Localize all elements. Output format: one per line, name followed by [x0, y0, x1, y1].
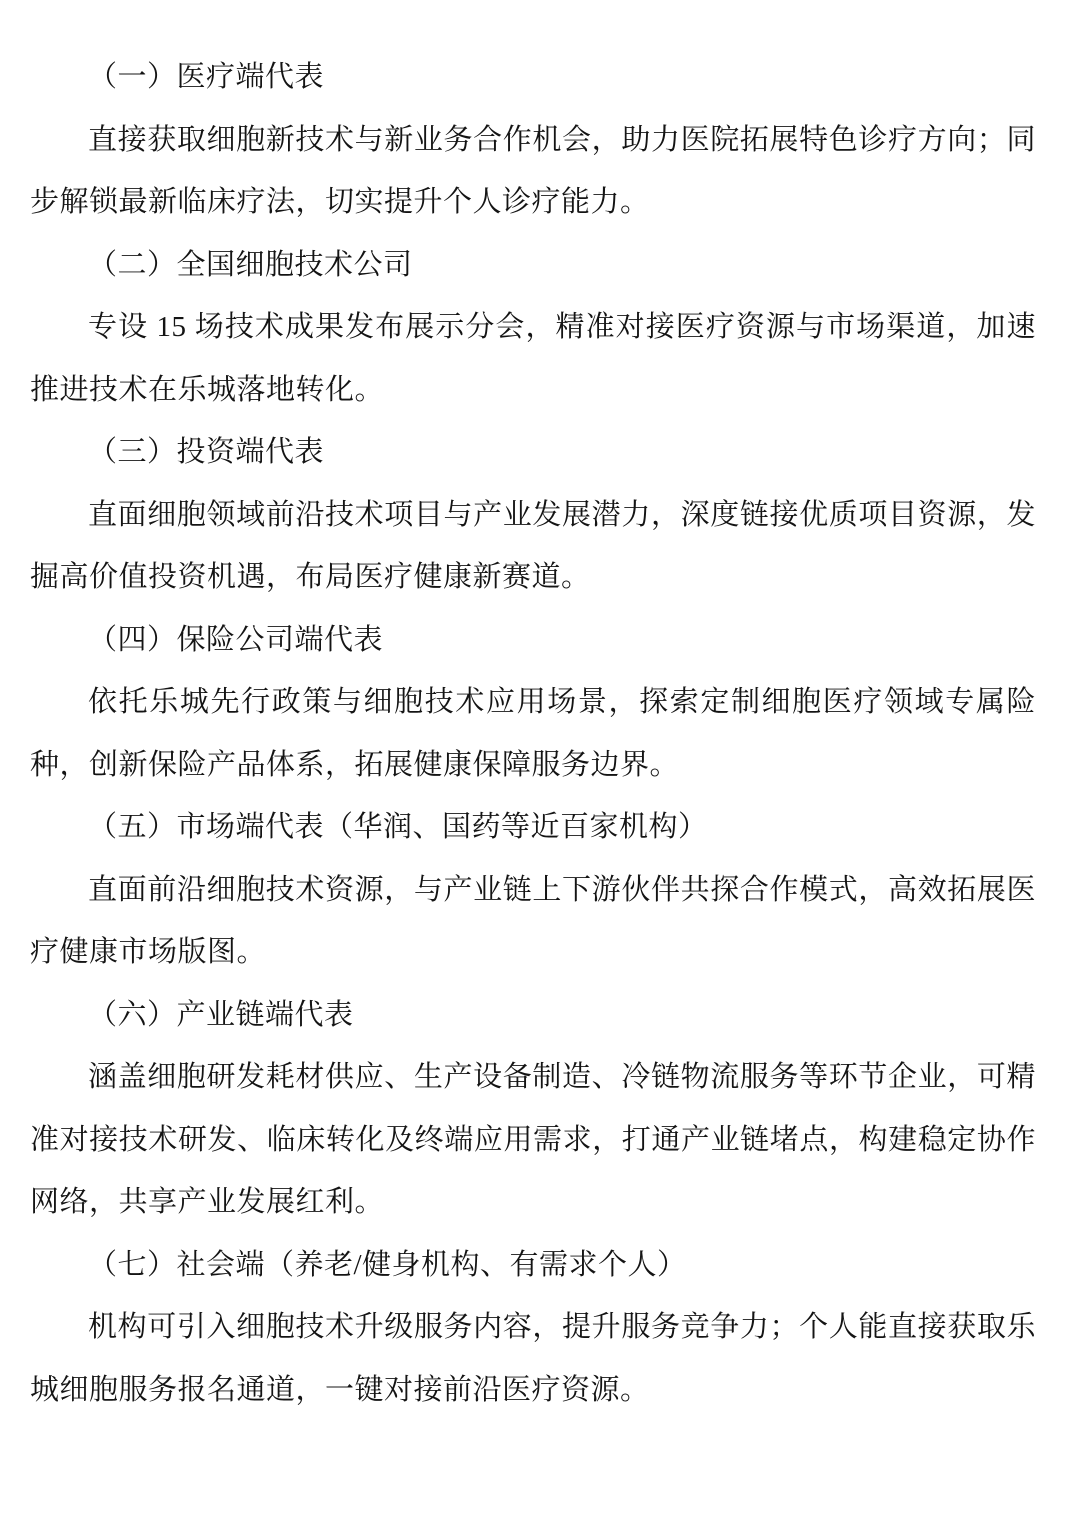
section-4-insurance: （四）保险公司端代表 依托乐城先行政策与细胞技术应用场景，探索定制细胞医疗领域专…	[30, 609, 1036, 797]
section-paragraph: 依托乐城先行政策与细胞技术应用场景，探索定制细胞医疗领域专属险种，创新保险产品体…	[30, 671, 1036, 796]
section-heading: （七）社会端（养老/健身机构、有需求个人）	[30, 1234, 1036, 1297]
section-paragraph: 直面细胞领域前沿技术项目与产业发展潜力，深度链接优质项目资源，发掘高价值投资机遇…	[30, 484, 1036, 609]
section-heading: （二）全国细胞技术公司	[30, 234, 1036, 297]
section-7-social: （七）社会端（养老/健身机构、有需求个人） 机构可引入细胞技术升级服务内容，提升…	[30, 1234, 1036, 1422]
section-3-investment: （三）投资端代表 直面细胞领域前沿技术项目与产业发展潜力，深度链接优质项目资源，…	[30, 421, 1036, 609]
section-paragraph: 专设 15 场技术成果发布展示分会，精准对接医疗资源与市场渠道，加速推进技术在乐…	[30, 296, 1036, 421]
section-heading: （四）保险公司端代表	[30, 609, 1036, 672]
section-paragraph: 涵盖细胞研发耗材供应、生产设备制造、冷链物流服务等环节企业，可精准对接技术研发、…	[30, 1046, 1036, 1234]
section-6-industry-chain: （六）产业链端代表 涵盖细胞研发耗材供应、生产设备制造、冷链物流服务等环节企业，…	[30, 984, 1036, 1234]
section-paragraph: 直面前沿细胞技术资源，与产业链上下游伙伴共探合作模式，高效拓展医疗健康市场版图。	[30, 859, 1036, 984]
section-paragraph: 直接获取细胞新技术与新业务合作机会，助力医院拓展特色诊疗方向；同步解锁最新临床疗…	[30, 109, 1036, 234]
section-heading: （六）产业链端代表	[30, 984, 1036, 1047]
section-2-cell-tech-companies: （二）全国细胞技术公司 专设 15 场技术成果发布展示分会，精准对接医疗资源与市…	[30, 234, 1036, 422]
section-5-market: （五）市场端代表（华润、国药等近百家机构） 直面前沿细胞技术资源，与产业链上下游…	[30, 796, 1036, 984]
document-body: （一）医疗端代表 直接获取细胞新技术与新业务合作机会，助力医院拓展特色诊疗方向；…	[30, 46, 1036, 1421]
section-heading: （五）市场端代表（华润、国药等近百家机构）	[30, 796, 1036, 859]
document-page: （一）医疗端代表 直接获取细胞新技术与新业务合作机会，助力医院拓展特色诊疗方向；…	[0, 0, 1069, 1513]
section-heading: （三）投资端代表	[30, 421, 1036, 484]
section-heading: （一）医疗端代表	[30, 46, 1036, 109]
section-paragraph: 机构可引入细胞技术升级服务内容，提升服务竞争力；个人能直接获取乐城细胞服务报名通…	[30, 1296, 1036, 1421]
section-1-medical: （一）医疗端代表 直接获取细胞新技术与新业务合作机会，助力医院拓展特色诊疗方向；…	[30, 46, 1036, 234]
